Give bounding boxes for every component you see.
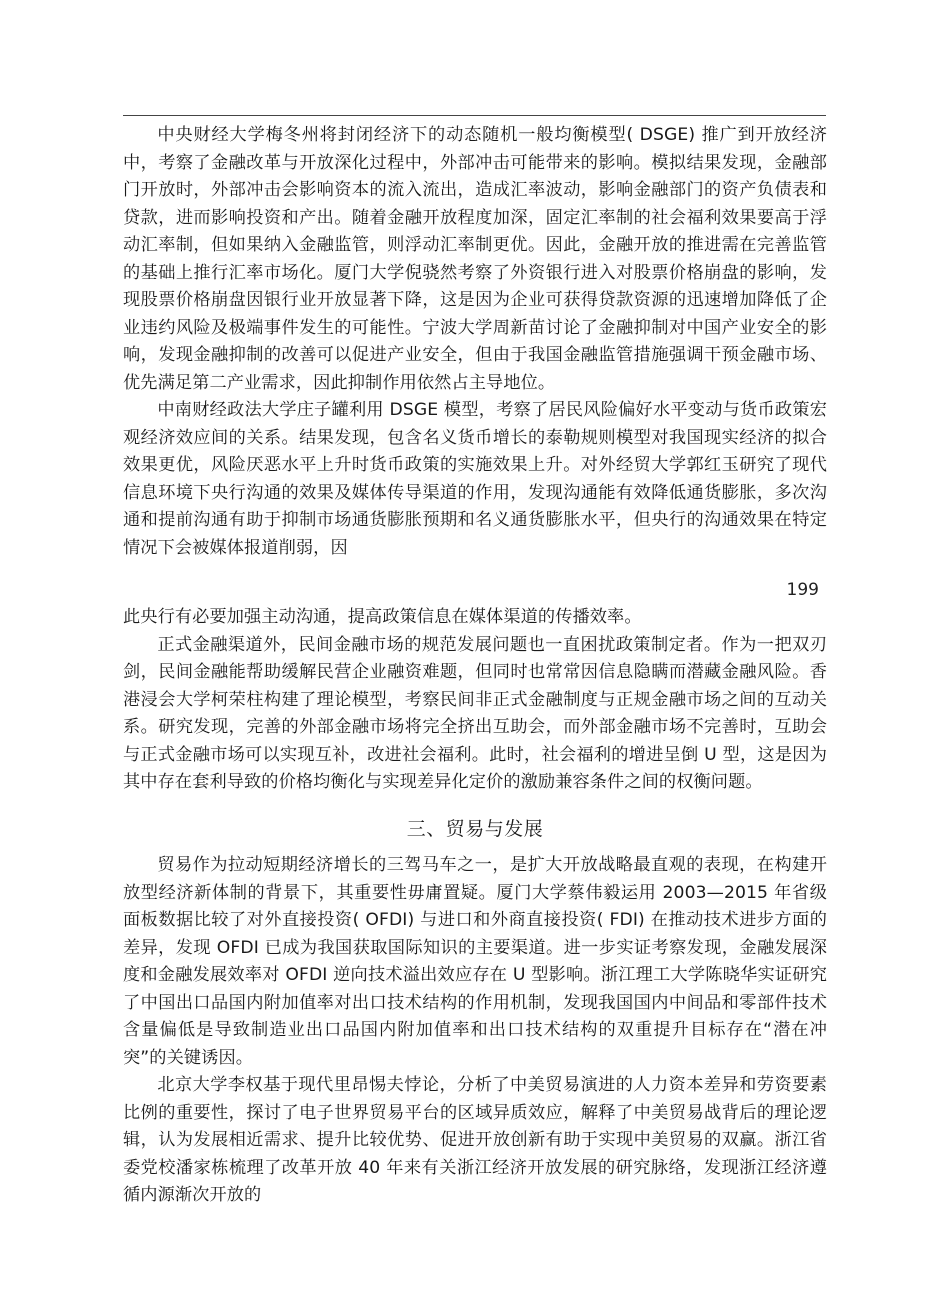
text-block-middle: 此央行有必要加强主动沟通，提高政策信息在媒体渠道的传播效率。 正式金融渠道外，民…	[123, 604, 827, 797]
paragraph-dsge-open-economy: 中央财经大学梅冬州将封闭经济下的动态随机一般均衡模型( DSGE) 推广到开放经…	[123, 122, 827, 397]
paragraph-risk-preference-monetary-policy: 中南财经政法大学庄子罐利用 DSGE 模型，考察了居民风险偏好水平变动与货币政策…	[123, 397, 827, 562]
paragraph-informal-finance: 正式金融渠道外，民间金融市场的规范发展问题也一直困扰政策制定者。作为一把双刃剑，…	[123, 632, 827, 797]
paragraph-trade-ofdi: 贸易作为拉动短期经济增长的三驾马车之一，是扩大开放战略最直观的表现，在构建开放型…	[123, 852, 827, 1072]
paragraph-continuation: 此央行有必要加强主动沟通，提高政策信息在媒体渠道的传播效率。	[123, 604, 827, 632]
page-number: 199	[787, 578, 819, 602]
text-block-lower: 贸易作为拉动短期经济增长的三驾马车之一，是扩大开放战略最直观的表现，在构建开放型…	[123, 852, 827, 1210]
header-rule	[123, 115, 826, 116]
text-block-upper: 中央财经大学梅冬州将封闭经济下的动态随机一般均衡模型( DSGE) 推广到开放经…	[123, 122, 827, 562]
section-heading: 三、贸易与发展	[123, 815, 827, 843]
paragraph-us-china-trade: 北京大学李权基于现代里昂惕夫悖论，分析了中美贸易演进的人力资本差异和劳资要素比例…	[123, 1072, 827, 1210]
